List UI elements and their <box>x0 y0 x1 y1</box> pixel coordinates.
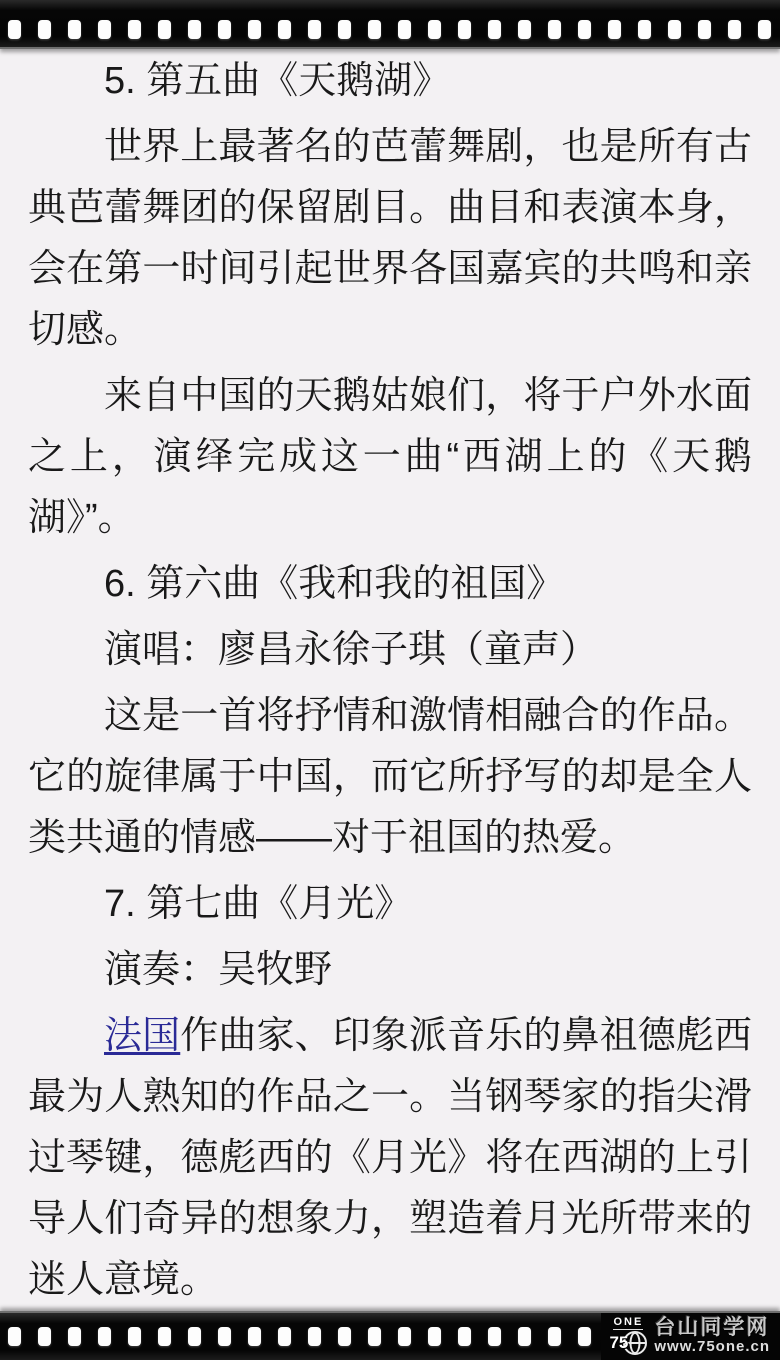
film-perforation <box>188 20 201 39</box>
film-perforation <box>278 1327 291 1346</box>
film-perforation <box>248 1327 261 1346</box>
film-perforation <box>458 1327 471 1346</box>
watermark-text-block: 台山同学网 www.75one.cn <box>654 1317 770 1355</box>
75one-logo: ONE 75 <box>609 1317 647 1355</box>
film-perforation <box>368 1327 381 1346</box>
film-perforation <box>518 1327 531 1346</box>
logo-globe-row: 75 <box>609 1331 647 1355</box>
film-perforation <box>308 1327 321 1346</box>
paragraph-track7-performer: 演奏：吴牧野 <box>28 940 752 1001</box>
film-perforation <box>248 20 261 39</box>
paragraph-track6-title: 6. 第六曲《我和我的祖国》 <box>28 554 752 615</box>
film-perforation <box>8 1327 21 1346</box>
logo-75-label: 75 <box>609 1334 628 1351</box>
film-perforation <box>548 20 561 39</box>
film-perforation <box>548 1327 561 1346</box>
article-screen: 5. 第五曲《天鹅湖》 世界上最著名的芭蕾舞剧，也是所有古典芭蕾舞团的保留剧目。… <box>0 0 780 1360</box>
paragraph-swan-lake-desc-2: 来自中国的天鹅姑娘们，将于户外水面之上，演绎完成这一曲“西湖上的《天鹅湖》”。 <box>28 366 752 549</box>
film-perforation <box>428 1327 441 1346</box>
france-link[interactable]: 法国 <box>104 1015 180 1057</box>
film-perforation <box>218 20 231 39</box>
film-perforation <box>128 1327 141 1346</box>
paragraph-track7-desc-text: 作曲家、印象派音乐的鼻祖德彪西最为人熟知的作品之一。当钢琴家的指尖滑过琴键，德彪… <box>28 1015 752 1301</box>
film-perforation <box>668 20 681 39</box>
paragraph-track7-title: 7. 第七曲《月光》 <box>28 874 752 935</box>
film-perforation <box>518 20 531 39</box>
film-strip-bottom: ONE 75 台山同学网 www.75one.cn <box>0 1311 780 1360</box>
film-perforation <box>578 20 591 39</box>
film-perforations-row-top <box>8 0 771 49</box>
film-perforation <box>398 1327 411 1346</box>
film-perforation <box>158 1327 171 1346</box>
film-perforation <box>218 1327 231 1346</box>
paragraph-track6-desc: 这是一首将抒情和激情相融合的作品。它的旋律属于中国，而它所抒写的却是全人类共通的… <box>28 686 752 869</box>
film-perforation <box>158 20 171 39</box>
film-perforation <box>488 1327 501 1346</box>
film-perforation <box>38 1327 51 1346</box>
film-perforation <box>608 20 621 39</box>
article-content: 5. 第五曲《天鹅湖》 世界上最著名的芭蕾舞剧，也是所有古典芭蕾舞团的保留剧目。… <box>0 49 780 1311</box>
paragraph-track7-desc: 法国作曲家、印象派音乐的鼻祖德彪西最为人熟知的作品之一。当钢琴家的指尖滑过琴键，… <box>28 1006 752 1311</box>
logo-one-label: ONE <box>613 1317 643 1330</box>
film-perforation <box>308 20 321 39</box>
film-perforation <box>128 20 141 39</box>
film-perforation <box>338 20 351 39</box>
film-perforation <box>578 1327 591 1346</box>
film-perforation <box>98 20 111 39</box>
paragraph-track5-title: 5. 第五曲《天鹅湖》 <box>28 51 752 112</box>
film-strip-top <box>0 0 780 49</box>
film-perforation <box>8 20 21 39</box>
film-perforation <box>458 20 471 39</box>
film-perforation <box>368 20 381 39</box>
globe-meridian-line <box>630 1332 641 1354</box>
watermark-site-url: www.75one.cn <box>654 1339 770 1355</box>
film-perforation <box>428 20 441 39</box>
film-perforation <box>68 1327 81 1346</box>
film-perforation <box>488 20 501 39</box>
film-perforation <box>278 20 291 39</box>
watermark: ONE 75 台山同学网 www.75one.cn <box>601 1313 780 1360</box>
film-perforation <box>398 20 411 39</box>
film-perforation <box>68 20 81 39</box>
paragraph-swan-lake-desc-1: 世界上最著名的芭蕾舞剧，也是所有古典芭蕾舞团的保留剧目。曲目和表演本身，会在第一… <box>28 117 752 361</box>
film-perforation <box>638 20 651 39</box>
film-perforation <box>698 20 711 39</box>
film-perforation <box>98 1327 111 1346</box>
film-perforation <box>188 1327 201 1346</box>
paragraph-track6-singers: 演唱：廖昌永徐子琪（童声） <box>28 620 752 681</box>
film-perforation <box>758 20 771 39</box>
film-perforation <box>728 20 741 39</box>
film-perforation <box>38 20 51 39</box>
watermark-site-name: 台山同学网 <box>654 1317 769 1339</box>
film-perforation <box>338 1327 351 1346</box>
